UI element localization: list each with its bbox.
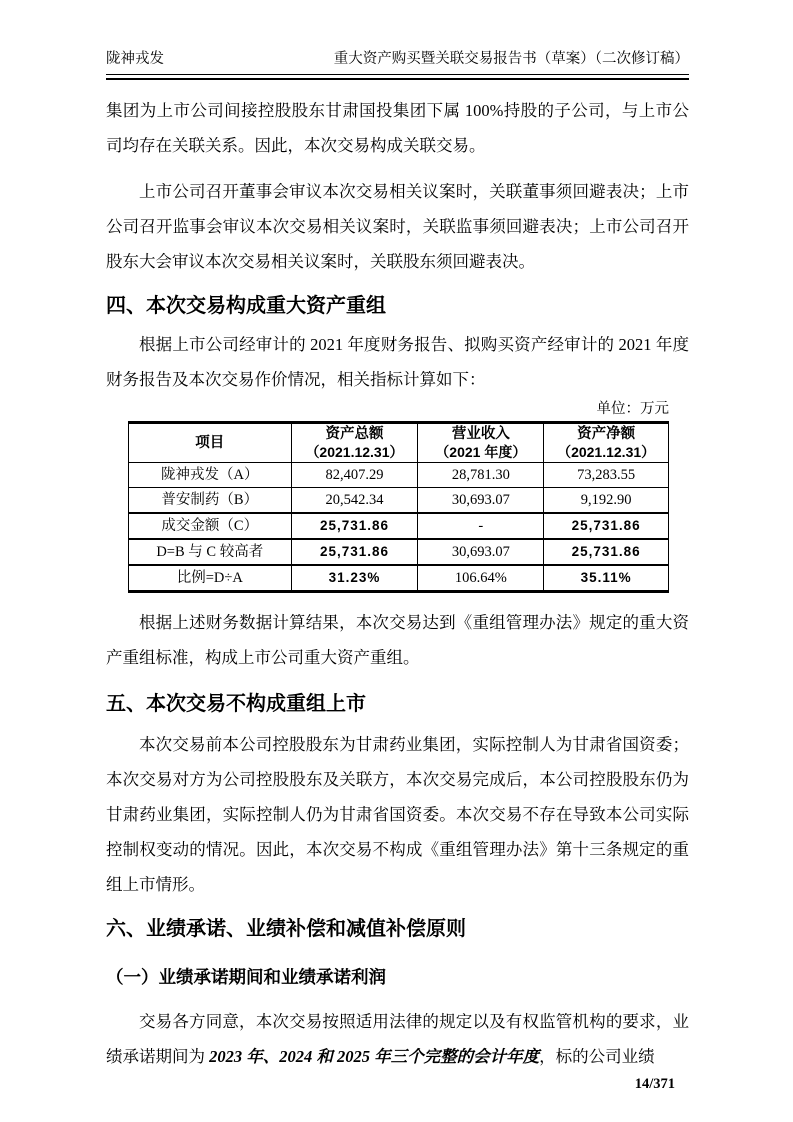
table-row: 陇神戎发（A） 82,407.29 28,781.30 73,283.55 — [129, 463, 669, 488]
table-header-row: 项目 资产总额（2021.12.31） 营业收入（2021 年度） 资产净额（2… — [129, 423, 669, 463]
table-row: 比例=D÷A 31.23% 106.64% 35.11% — [129, 565, 669, 592]
section-5-heading: 五、本次交易不构成重组上市 — [106, 689, 689, 719]
table-row: 成交金额（C） 25,731.86 - 25,731.86 — [129, 513, 669, 539]
table-unit-label: 单位：万元 — [128, 399, 669, 419]
document-page: 陇神戎发 重大资产购买暨关联交易报告书（草案）（二次修订稿） 集团为上市公司间接… — [0, 0, 793, 1122]
major-asset-restructuring-table: 项目 资产总额（2021.12.31） 营业收入（2021 年度） 资产净额（2… — [128, 421, 669, 593]
section-6-sub-1-heading: （一）业绩承诺期间和业绩承诺利润 — [106, 964, 689, 990]
col-header-item: 项目 — [129, 423, 292, 463]
section-5-paragraph-1: 本次交易前本公司控股股东为甘肃药业集团，实际控制人为甘肃省国资委；本次交易对方为… — [106, 727, 689, 902]
table-row: 普安制药（B） 20,542.34 30,693.07 9,192.90 — [129, 488, 669, 514]
table-row: D=B 与 C 较高者 25,731.86 30,693.07 25,731.8… — [129, 539, 669, 565]
section-4-paragraph-1: 根据上市公司经审计的 2021 年度财务报告、拟购买资产经审计的 2021 年度… — [106, 327, 689, 397]
col-header-total-assets: 资产总额（2021.12.31） — [291, 423, 418, 463]
col-header-net-assets: 资产净额（2021.12.31） — [544, 423, 669, 463]
header-company-name: 陇神戎发 — [106, 48, 164, 70]
intro-paragraph-1: 集团为上市公司间接控股股东甘肃国投集团下属 100%持股的子公司，与上市公司均存… — [106, 93, 689, 163]
performance-period-emphasis: 2023 年、2024 和 2025 年三个完整的会计年度 — [209, 1047, 539, 1066]
col-header-revenue: 营业收入（2021 年度） — [418, 423, 544, 463]
section-6-heading: 六、业绩承诺、业绩补偿和减值补偿原则 — [106, 914, 689, 944]
intro-paragraph-2: 上市公司召开董事会审议本次交易相关议案时，关联董事须回避表决；上市公司召开监事会… — [106, 174, 689, 279]
header-divider — [106, 74, 689, 80]
section-4-heading: 四、本次交易构成重大资产重组 — [106, 291, 689, 321]
page-number: 14/371 — [106, 1074, 689, 1094]
header-doc-title: 重大资产购买暨关联交易报告书（草案）（二次修订稿） — [334, 48, 689, 70]
financial-table-block: 单位：万元 项目 资产总额（2021.12.31） 营业收入（2021 年度） … — [128, 399, 669, 593]
page-header: 陇神戎发 重大资产购买暨关联交易报告书（草案）（二次修订稿） — [106, 48, 689, 70]
paragraph-text: ，标的公司业绩 — [539, 1047, 655, 1066]
section-6-paragraph-1: 交易各方同意，本次交易按照适用法律的规定以及有权监管机构的要求，业绩承诺期间为 … — [106, 1004, 689, 1074]
section-4-paragraph-2: 根据上述财务数据计算结果，本次交易达到《重组管理办法》规定的重大资产重组标准，构… — [106, 605, 689, 675]
